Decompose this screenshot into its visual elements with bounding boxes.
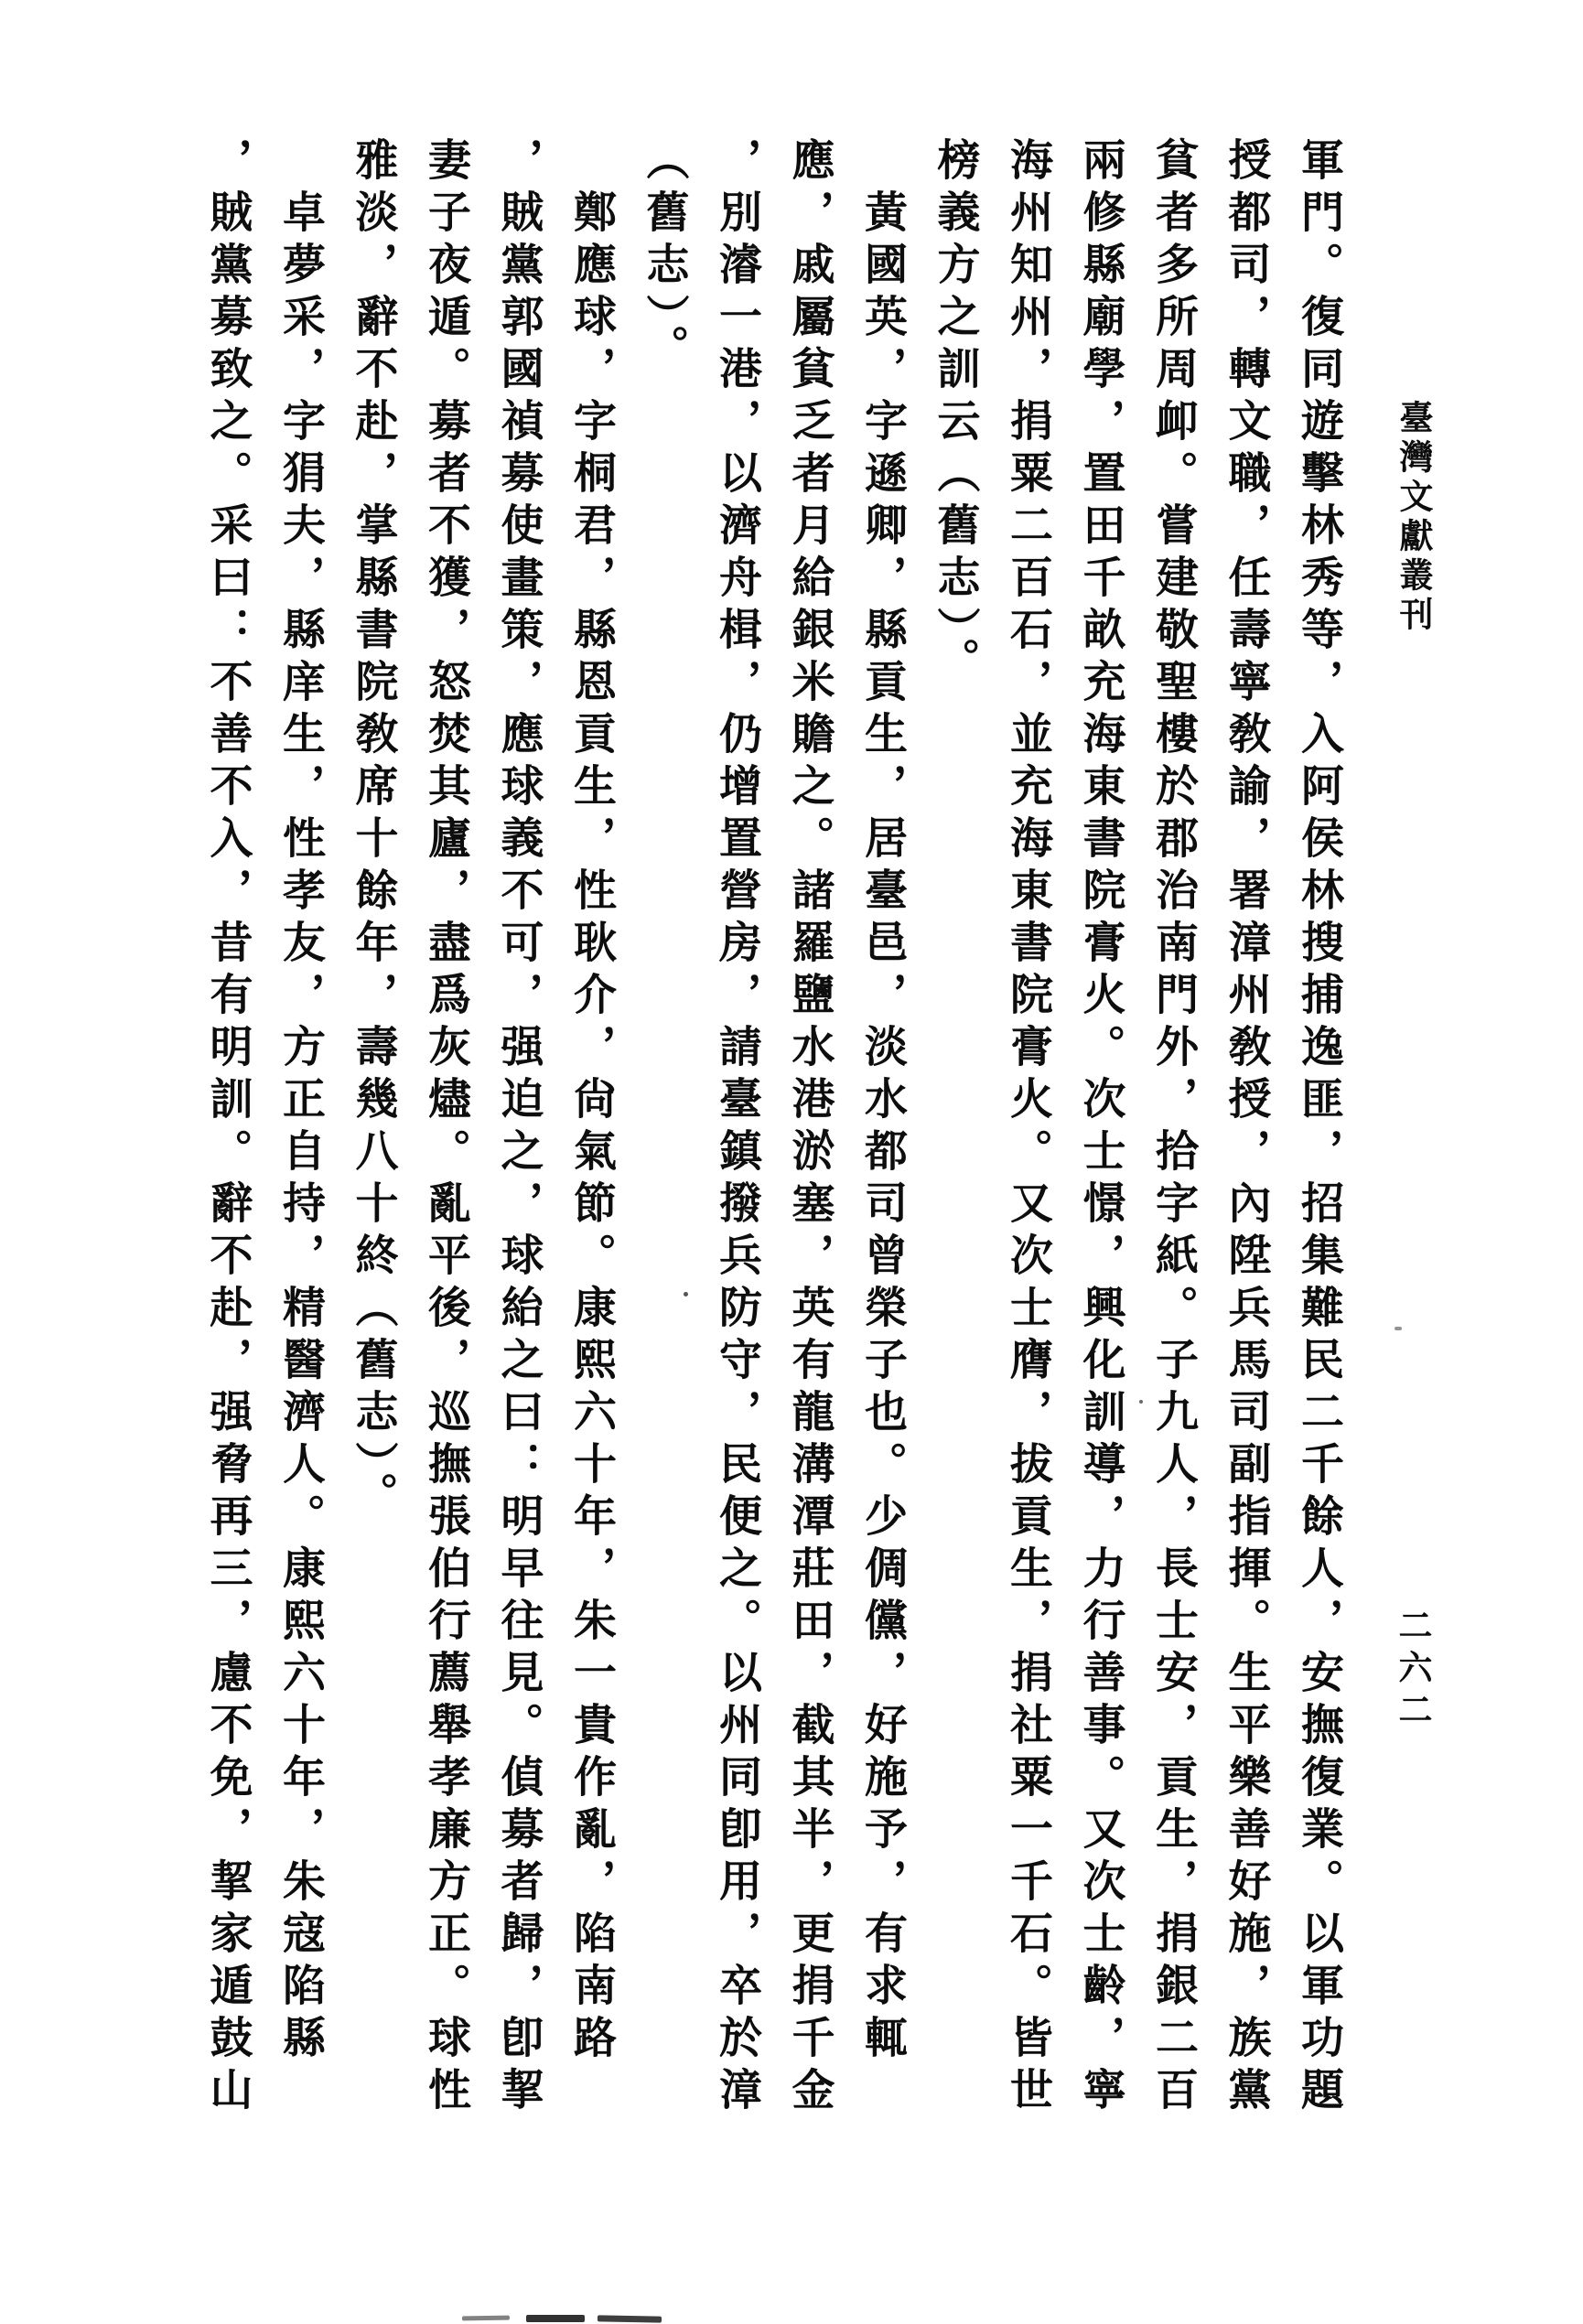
ink-speck xyxy=(684,1292,688,1296)
cut-off-text-fragment xyxy=(462,2313,673,2324)
text-column: 黃國英，字遜卿，縣貢生，居臺邑，淡水都司曾榮子也。少倜儻，好施予，有求輒 xyxy=(860,137,904,2115)
text-column: 軍門。復同遊擊林秀等，入阿侯林搜捕逸匪，招集難民二千餘人，安撫復業。以軍功題 xyxy=(1297,137,1341,2115)
series-title: 臺灣文獻叢刊 xyxy=(1390,400,1434,636)
ink-speck xyxy=(1395,1327,1402,1330)
ink-speck xyxy=(1139,1400,1143,1404)
main-text-block: 軍門。復同遊擊林秀等，入阿侯林搜捕逸匪，招集難民二千餘人，安撫復業。以軍功題 授… xyxy=(205,137,1341,2115)
text-column: 海州知州，捐粟二百石，並充海東書院膏火。又次士膺，拔貢生，捐社粟一千石。皆世 xyxy=(1006,137,1050,2115)
text-column: 妻子夜遁。募者不獲，怒焚其廬，盡爲灰燼。亂平後，巡撫張伯行薦舉孝廉方正。球性 xyxy=(424,137,468,2115)
text-column: 兩修縣廟學，置田千畝充海東書院膏火。次士憬，興化訓導，力行善事。又次士齡，寧 xyxy=(1079,137,1123,2115)
ink-mark xyxy=(598,2315,662,2322)
text-column: 鄭應球，字桐君，縣恩貢生，性耿介，尙氣節。康熙六十年，朱一貴作亂，陷南路 xyxy=(569,137,613,2115)
ink-mark xyxy=(526,2315,585,2322)
text-column: ，賊黨募致之。采曰：不善不入，昔有明訓。辭不赴，强脅再三，慮不免，挈家遁鼓山 xyxy=(206,137,250,2115)
page-number: 二六二 xyxy=(1390,1608,1432,1734)
ink-mark xyxy=(462,2316,510,2321)
text-column: ，別濬一港，以濟舟楫，仍增置營房，請臺鎮撥兵防守，民便之。以州同卽用，卒於漳 xyxy=(715,137,759,2115)
text-column: 榜義方之訓云（舊志）。 xyxy=(933,137,977,2115)
text-column: 應，戚屬貧乏者月給銀米贍之。諸羅鹽水港淤塞，英有龍溝潭莊田，截其半，更捐千金 xyxy=(788,137,832,2115)
text-column: 授都司，轉文職，任壽寧敎諭，署漳州敎授，內陞兵馬司副指揮。生平樂善好施，族黨 xyxy=(1224,137,1268,2115)
text-column: 雅淡，辭不赴，掌縣書院敎席十餘年，壽幾八十終（舊志）。 xyxy=(351,137,395,2115)
text-column: ，賊黨郭國禎募使畫策，應球義不可，强迫之，球紿之曰：明早往見。偵募者歸，卽挈 xyxy=(497,137,541,2115)
text-column: 卓夢采，字狷夫，縣庠生，性孝友，方正自持，精醫濟人。康熙六十年，朱寇陷縣 xyxy=(278,137,322,2115)
scanned-book-page: 臺灣文獻叢刊 二六二 軍門。復同遊擊林秀等，入阿侯林搜捕逸匪，招集難民二千餘人，… xyxy=(0,0,1583,2324)
text-column: （舊志）。 xyxy=(642,137,686,2115)
text-column: 貧者多所周卹。嘗建敬聖樓於郡治南門外，拾字紙。子九人，長士安，貢生，捐銀二百 xyxy=(1151,137,1195,2115)
